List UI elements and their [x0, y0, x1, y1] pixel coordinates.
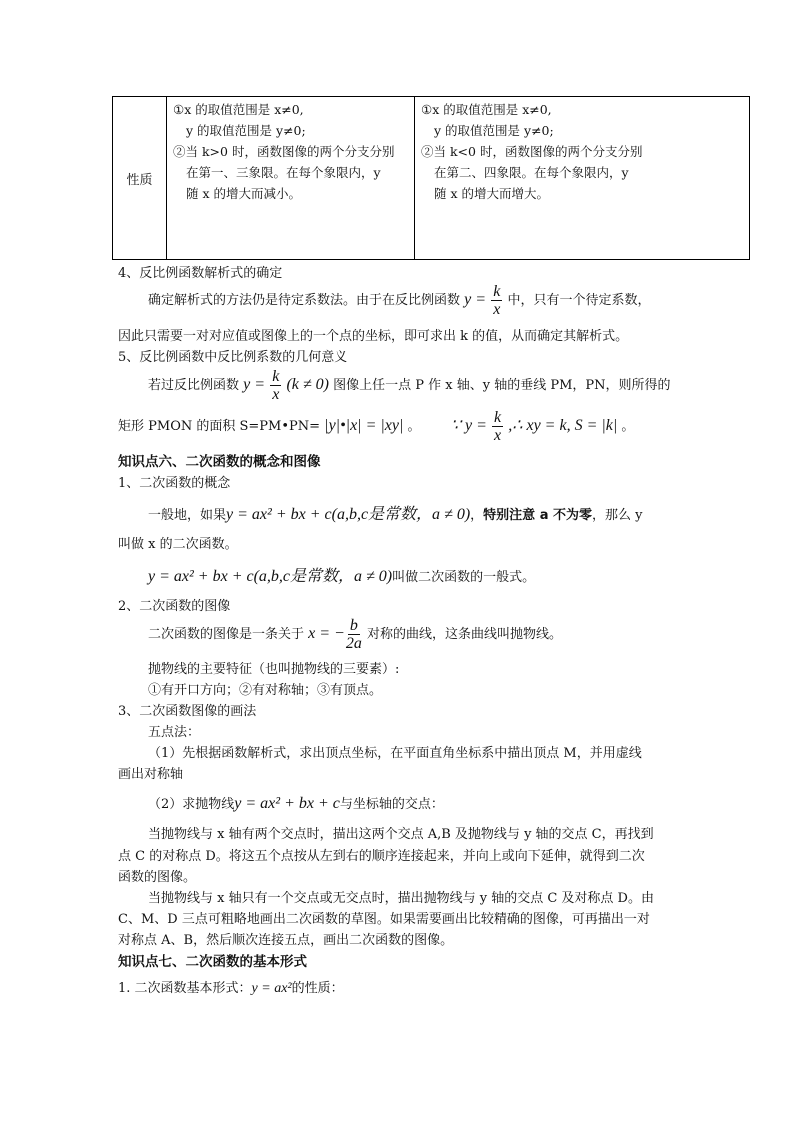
section-4-title: 4、反比例函数解析式的确定	[118, 262, 282, 281]
fraction: b2a	[346, 617, 362, 652]
kp6-s2-paragraph-line1: 二次函数的图像是一条关于 x = −b2a 对称的曲线，这条曲线叫抛物线。	[148, 617, 562, 652]
kp6-s3-case2-line2: C、M、D 三点可粗略地画出二次函数的草图。如果需要画出比较精确的图像，可再描出…	[118, 908, 650, 927]
row-label: 性质	[113, 97, 167, 259]
kp6-s3-case1-line2: 点 C 的对称点 D。将这五个点按从左到右的顺序连接起来，并向上或向下延伸，就得…	[118, 845, 645, 864]
properties-table: 性质 ①x 的取值范围是 x≠0, y 的取值范围是 y≠0; ②当 k>0 时…	[112, 96, 750, 260]
kp6-s3-title: 3、二次函数图像的画法	[118, 700, 256, 719]
cell-line: 随 x 的增大而减小。	[173, 183, 414, 204]
kp6-s1-paragraph-line1: 一般地，如果y = ax² + bx + c(a,b,c是常数，a ≠ 0)，特…	[148, 501, 642, 524]
text: 确定解析式的方法仍是待定系数法。由于在反比例函数	[148, 293, 460, 308]
cell-line: y 的取值范围是 y≠0;	[421, 120, 749, 141]
cell-line: ①x 的取值范围是 x≠0,	[421, 99, 749, 120]
cell-line: ②当 k<0 时，函数图像的两个分支分别	[421, 141, 749, 162]
property-cell-k-positive: ①x 的取值范围是 x≠0, y 的取值范围是 y≠0; ②当 k>0 时，函数…	[167, 97, 415, 259]
property-cell-k-negative: ①x 的取值范围是 x≠0, y 的取值范围是 y≠0; ②当 k<0 时，函数…	[415, 97, 749, 259]
kp6-s3-five-point: 五点法：	[148, 721, 200, 740]
fraction: kx	[270, 368, 281, 403]
fraction: kx	[492, 409, 503, 444]
kp6-s2-paragraph-line2: 抛物线的主要特征（也叫抛物线的三要素）:	[148, 658, 399, 677]
kp6-s3-step2: （2）求抛物线y = ax² + bx + c与坐标轴的交点：	[148, 793, 444, 813]
kp6-s1-general-form: y = ax² + bx + c(a,b,c是常数，a ≠ 0)叫做二次函数的一…	[148, 563, 535, 586]
kp6-s1-paragraph-line2: 叫做 x 的二次函数。	[118, 533, 238, 552]
cell-line: y 的取值范围是 y≠0;	[173, 120, 414, 141]
kp6-s3-case2-line1: 当抛物线与 x 轴只有一个交点或无交点时，描出抛物线与 y 轴的交点 C 及对称…	[148, 887, 654, 906]
kp7-heading: 知识点七、二次函数的基本形式	[118, 950, 307, 970]
document-page: 性质 ①x 的取值范围是 x≠0, y 的取值范围是 y≠0; ②当 k>0 时…	[0, 0, 793, 1122]
kp6-s3-case2-line3: 对称点 A、B，然后顺次连接五点，画出二次函数的图像。	[118, 929, 453, 948]
kp6-s3-step1-line2: 画出对称轴	[118, 763, 183, 782]
formula: y =	[464, 291, 486, 308]
kp6-s3-case1-line1: 当抛物线与 x 轴有两个交点时，描出这两个交点 A,B 及抛物线与 y 轴的交点…	[148, 823, 654, 842]
kp6-s2-paragraph-line3: ①有开口方向；②有对称轴；③有顶点。	[148, 679, 382, 698]
cell-line: 随 x 的增大而增大。	[421, 183, 749, 204]
section-4-paragraph-line1: 确定解析式的方法仍是待定系数法。由于在反比例函数 y = kx 中，只有一个待定…	[148, 283, 650, 318]
kp6-heading: 知识点六、二次函数的概念和图像	[118, 450, 321, 470]
text: 中，只有一个待定系数，	[507, 293, 650, 308]
fraction: kx	[491, 283, 502, 318]
section-5-paragraph-line1: 若过反比例函数 y = kx (k ≠ 0) 图像上任一点 P 作 x 轴、y …	[148, 368, 671, 403]
cell-line: 在第一、三象限。在每个象限内，y	[173, 162, 414, 183]
section-4-paragraph-line2: 因此只需要一对对应值或图像上的一个点的坐标，即可求出 k 的值，从而确定其解析式…	[118, 325, 628, 344]
section-5-title: 5、反比例函数中反比例系数的几何意义	[118, 346, 347, 365]
kp6-s3-step1-line1: （1）先根据函数解析式，求出顶点坐标，在平面直角坐标系中描出顶点 M，并用虚线	[148, 742, 642, 761]
cell-line: 在第二、四象限。在每个象限内，y	[421, 162, 749, 183]
kp6-s1-title: 1、二次函数的概念	[118, 472, 230, 491]
kp6-s3-case1-line3: 函数的图像。	[118, 866, 196, 885]
kp7-s1: 1. 二次函数基本形式：y = ax²的性质：	[118, 977, 344, 997]
cell-line: ①x 的取值范围是 x≠0,	[173, 99, 414, 120]
cell-line: ②当 k>0 时，函数图像的两个分支分别	[173, 141, 414, 162]
section-5-paragraph-line2: 矩形 PMON 的面积 S=PM•PN= |y|•|x| = |xy| 。 ∵ …	[118, 409, 634, 444]
kp6-s2-title: 2、二次函数的图像	[118, 595, 230, 614]
